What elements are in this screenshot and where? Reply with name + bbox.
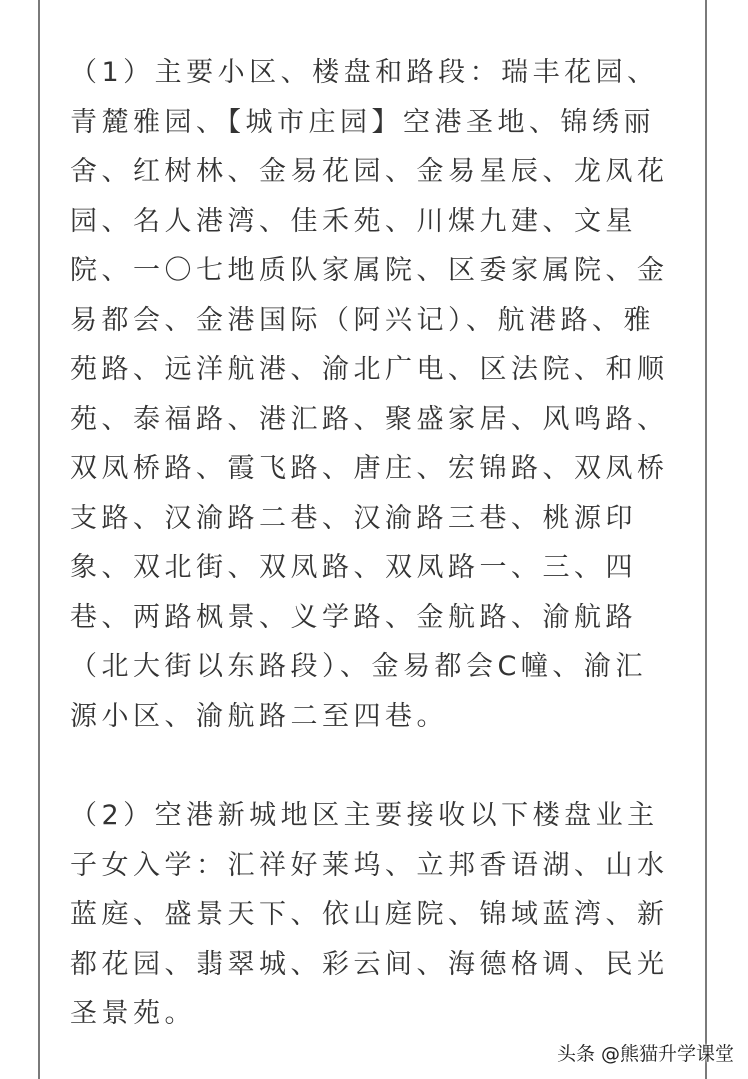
text-line: 都花园、翡翠城、彩云间、海德格调、民光 [70, 940, 680, 990]
text-line: （1）主要小区、楼盘和路段：瑞丰花园、 [70, 48, 680, 98]
text-line: 园、名人港湾、佳禾苑、川煤九建、文星 [70, 197, 680, 247]
text-line: （2）空港新城地区主要接收以下楼盘业主 [70, 791, 680, 841]
text-line: 易都会、金港国际（阿兴记）、航港路、雅 [70, 296, 680, 346]
text-line: 青麓雅园、【城市庄园】空港圣地、锦绣丽 [70, 98, 680, 148]
text-line: 子女入学：汇祥好莱坞、立邦香语湖、山水 [70, 841, 680, 891]
text-line: 苑路、远洋航港、渝北广电、区法院、和顺 [70, 345, 680, 395]
text-line: 巷、两路枫景、义学路、金航路、渝航路 [70, 593, 680, 643]
text-line: 蓝庭、盛景天下、依山庭院、锦域蓝湾、新 [70, 890, 680, 940]
paragraph-section-1: （1）主要小区、楼盘和路段：瑞丰花园、 青麓雅园、【城市庄园】空港圣地、锦绣丽 … [70, 48, 680, 741]
text-line: 圣景苑。 [70, 989, 680, 1039]
text-line: 源小区、渝航路二至四巷。 [70, 692, 680, 742]
paragraph-section-2: （2）空港新城地区主要接收以下楼盘业主 子女入学：汇祥好莱坞、立邦香语湖、山水 … [70, 791, 680, 1039]
text-line: 双凤桥路、霞飞路、唐庄、宏锦路、双凤桥 [70, 444, 680, 494]
text-line: 舍、红树林、金易花园、金易星辰、龙凤花 [70, 147, 680, 197]
text-line: 院、一〇七地质队家属院、区委家属院、金 [70, 246, 680, 296]
document-body: （1）主要小区、楼盘和路段：瑞丰花园、 青麓雅园、【城市庄园】空港圣地、锦绣丽 … [70, 48, 680, 1039]
text-line: （北大街以东路段）、金易都会C幢、渝汇 [70, 642, 680, 692]
text-line: 支路、汉渝路二巷、汉渝路三巷、桃源印 [70, 494, 680, 544]
text-line: 苑、泰福路、港汇路、聚盛家居、风鸣路、 [70, 395, 680, 445]
text-line: 象、双北街、双凤路、双凤路一、三、四 [70, 543, 680, 593]
source-watermark: 头条 @熊猫升学课堂 [557, 1039, 734, 1066]
